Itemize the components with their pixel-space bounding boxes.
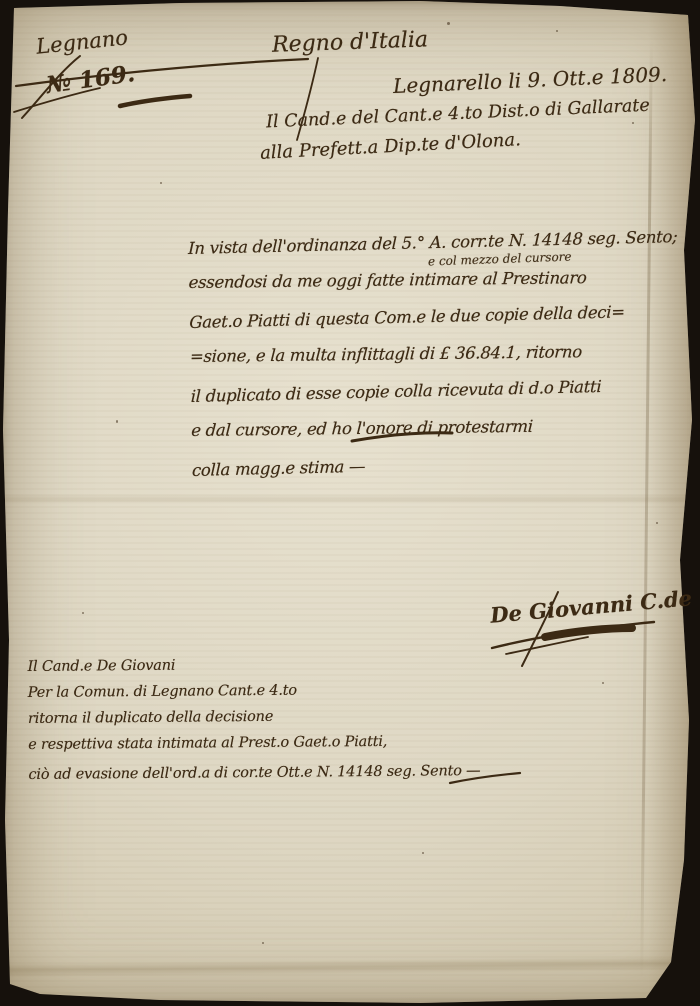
ink-speck [422, 852, 424, 854]
horizontal-crease [0, 494, 700, 504]
ink-speck [82, 612, 84, 614]
scanned-manuscript-letter: Legnano № 169. Regno d'Italia Legnarello… [0, 0, 700, 1006]
docket-line: Per la Comun. di Legnano Cant.e 4.to [28, 676, 480, 706]
ink-speck [116, 420, 118, 423]
letter-body: In vista dell'ordinanza del 5.° A. corr.… [188, 220, 682, 488]
docket-line: e respettiva stata intimata al Prest.o G… [28, 728, 480, 758]
docket-line: ciò ad evasione dell'ord.a di cor.te Ott… [28, 758, 480, 788]
docket-annotation: Il Cand.e De Giovani Per la Comun. di Le… [27, 650, 480, 788]
docket-line: Il Cand.e De Giovani [27, 650, 479, 680]
ink-speck [160, 182, 162, 184]
ink-speck [262, 942, 264, 944]
ink-speck [632, 122, 634, 124]
ink-speck [447, 22, 450, 25]
ink-speck [556, 30, 558, 32]
docket-line: ritorna il duplicato della decisione [28, 702, 480, 732]
ink-speck [602, 682, 604, 684]
ink-speck [656, 522, 658, 524]
bottom-crease [0, 956, 700, 977]
